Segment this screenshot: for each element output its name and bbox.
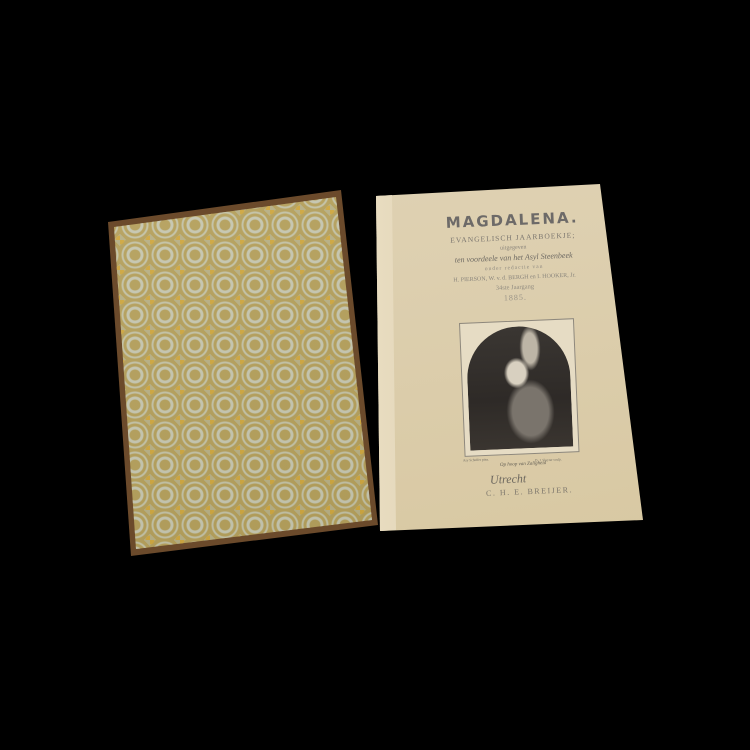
cover-text-block: MAGDALENA. EVANGELISCH JAARBOEKJE; uitge… — [395, 186, 631, 307]
left-book-shading — [0, 0, 750, 750]
right-book-cover — [0, 0, 750, 750]
left-book-cover-edge — [0, 0, 750, 750]
engraving-image-woman-praying — [465, 324, 573, 450]
left-book-patterned-cover — [0, 0, 750, 750]
engraving-frame — [459, 318, 580, 457]
publication-place: Utrecht — [490, 471, 527, 488]
photo-scene: MAGDALENA. EVANGELISCH JAARBOEKJE; uitge… — [0, 0, 750, 750]
right-book-spine — [0, 0, 750, 750]
